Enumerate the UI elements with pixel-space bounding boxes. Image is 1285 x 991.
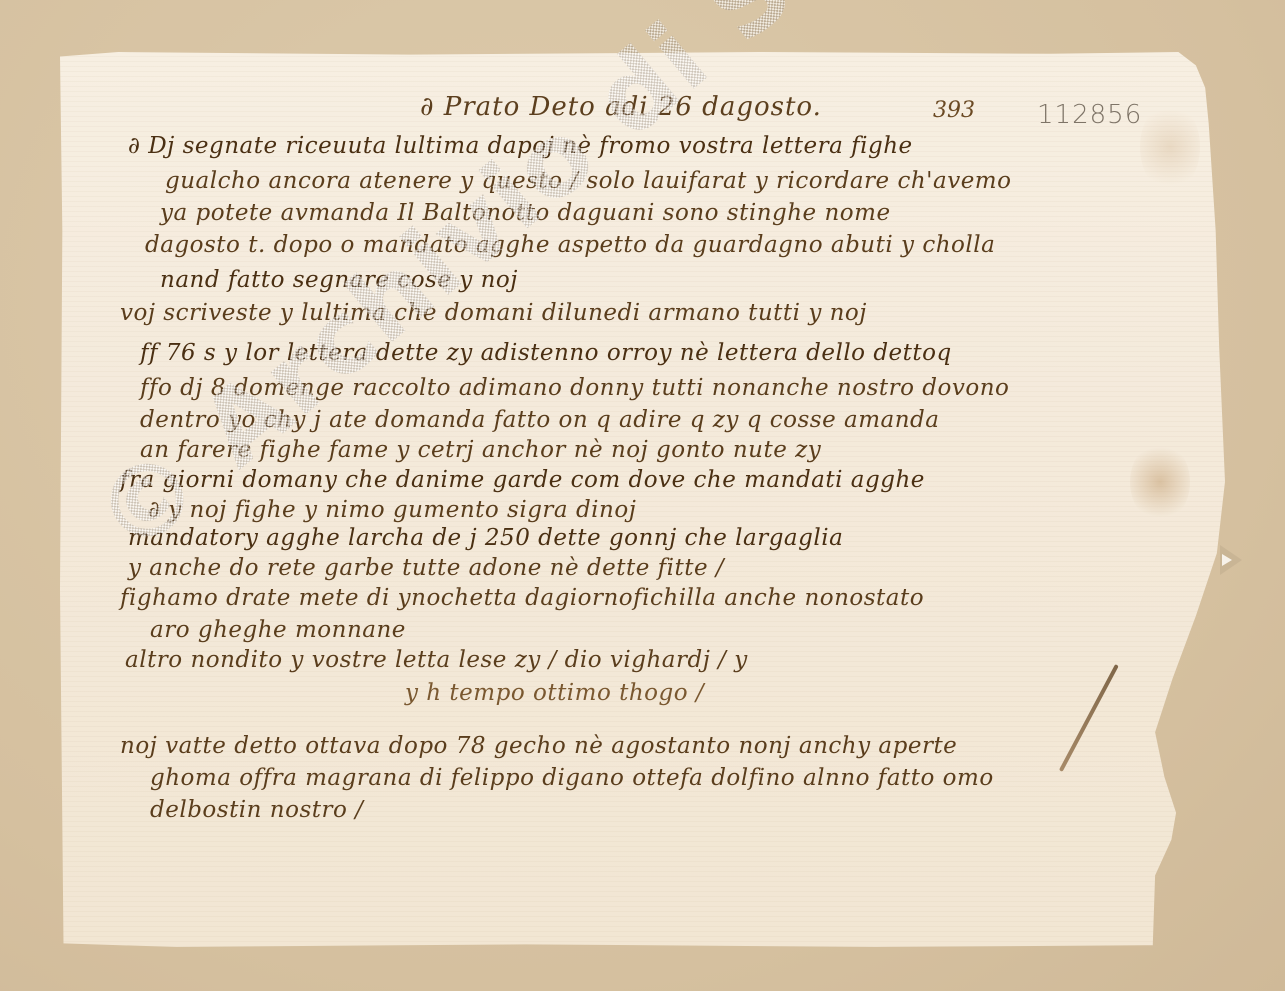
manuscript-line: an farere fighe fame y cetrj anchor nè n… [140, 437, 821, 463]
letter-heading: ∂ Prato Deto adi 26 dagosto. [420, 92, 822, 122]
manuscript-line: ∂ Dj segnate riceuuta lultima dapoj nè f… [128, 133, 913, 159]
manuscript-line: noj vatte detto ottava dopo 78 gecho nè … [120, 733, 957, 759]
folio-number: 393 [933, 98, 975, 123]
manuscript-line: ya potete avmanda Il Baltonotto daguani … [160, 200, 891, 226]
manuscript-line: nand fatto segnare cose y noj [160, 267, 518, 293]
manuscript-line: altro nondito y vostre letta lese zy / d… [125, 647, 748, 673]
manuscript-line: ffo dj 8 domenge raccolto adimano donny … [140, 375, 1009, 401]
foxing-stain [1130, 442, 1190, 522]
manuscript-line: fra giorni domany che danime garde com d… [120, 467, 925, 493]
manuscript-line: mandatory agghe larcha de j 250 dette go… [128, 525, 843, 551]
manuscript-line: y anche do rete garbe tutte adone nè det… [128, 555, 724, 581]
manuscript-line: voj scriveste y lultima che domani dilun… [120, 300, 867, 326]
manuscript-line: ghoma offra magrana di felippo digano ot… [150, 765, 994, 791]
manuscript-line: aro gheghe monnane [150, 617, 406, 643]
manuscript-line: delbostin nostro / [150, 797, 363, 823]
manuscript-line: dagosto t. dopo o mandato agghe aspetto … [145, 232, 995, 258]
manuscript-line: gualcho ancora atenere y questo / solo l… [165, 168, 1011, 194]
foxing-stain [1140, 102, 1200, 192]
manuscript-line: y h tempo ottimo thogo / [405, 680, 704, 706]
manuscript-line: ∂ y noj fighe y nimo gumento sigra dinoj [148, 497, 636, 523]
manuscript-line: dentro yo chy j ate domanda fatto on q a… [140, 407, 939, 433]
manuscript-line: ff 76 s y lor lettera dette zy adistenno… [140, 340, 952, 366]
manuscript-line: fighamo drate mete di ynochetta dagiorno… [120, 585, 924, 611]
archive-number: 112856 [1037, 100, 1142, 130]
